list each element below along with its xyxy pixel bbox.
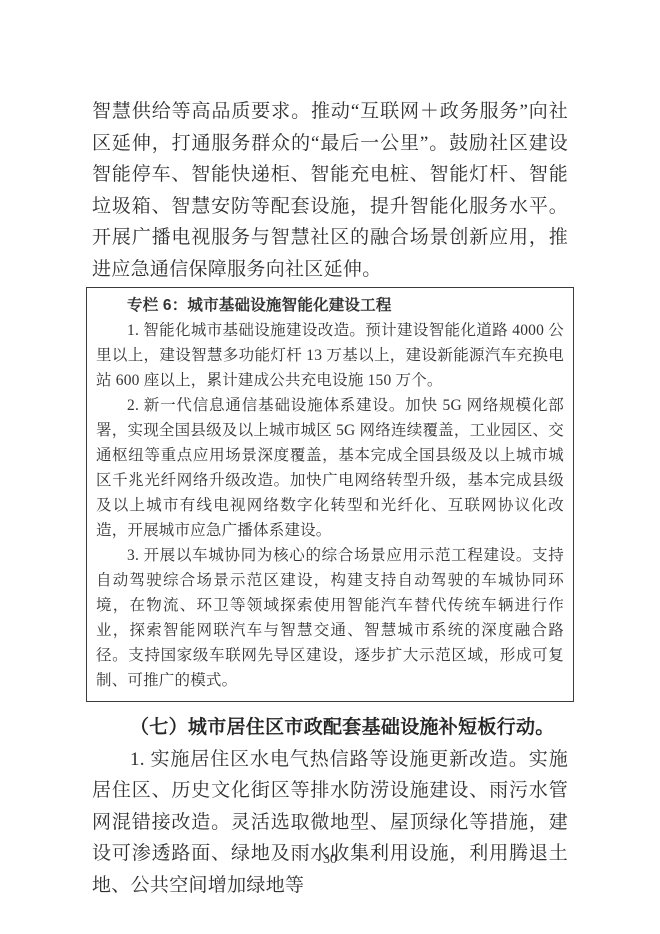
callout-box-paragraph-1: 1. 智能化城市基础设施建设改造。预计建设智能化道路 4000 公里以上，建设智… (96, 318, 564, 393)
callout-box-title: 专栏 6：城市基础设施智能化建设工程 (96, 293, 564, 318)
callout-box-paragraph-3: 3. 开展以车城协同为核心的综合场景应用示范工程建设。支持自动驾驶综合场景示范区… (96, 543, 564, 693)
page-number: 30 (0, 850, 660, 870)
section-paragraph: 1. 实施居住区水电气热信路等设施更新改造。实施居住区、历史文化街区等排水防涝设… (92, 744, 568, 902)
intro-paragraph: 智慧供给等高品质要求。推动“互联网＋政务服务”向社区延伸，打通服务群众的“最后一… (92, 96, 568, 285)
callout-box-column-6: 专栏 6：城市基础设施智能化建设工程 1. 智能化城市基础设施建设改造。预计建设… (86, 287, 574, 702)
section-heading: （七）城市居住区市政配套基础设施补短板行动。 (92, 712, 568, 744)
callout-box-paragraph-2: 2. 新一代信息通信基础设施体系建设。加快 5G 网络规模化部署，实现全国县级及… (96, 393, 564, 543)
document-page: 智慧供给等高品质要求。推动“互联网＋政务服务”向社区延伸，打通服务群众的“最后一… (0, 0, 660, 934)
